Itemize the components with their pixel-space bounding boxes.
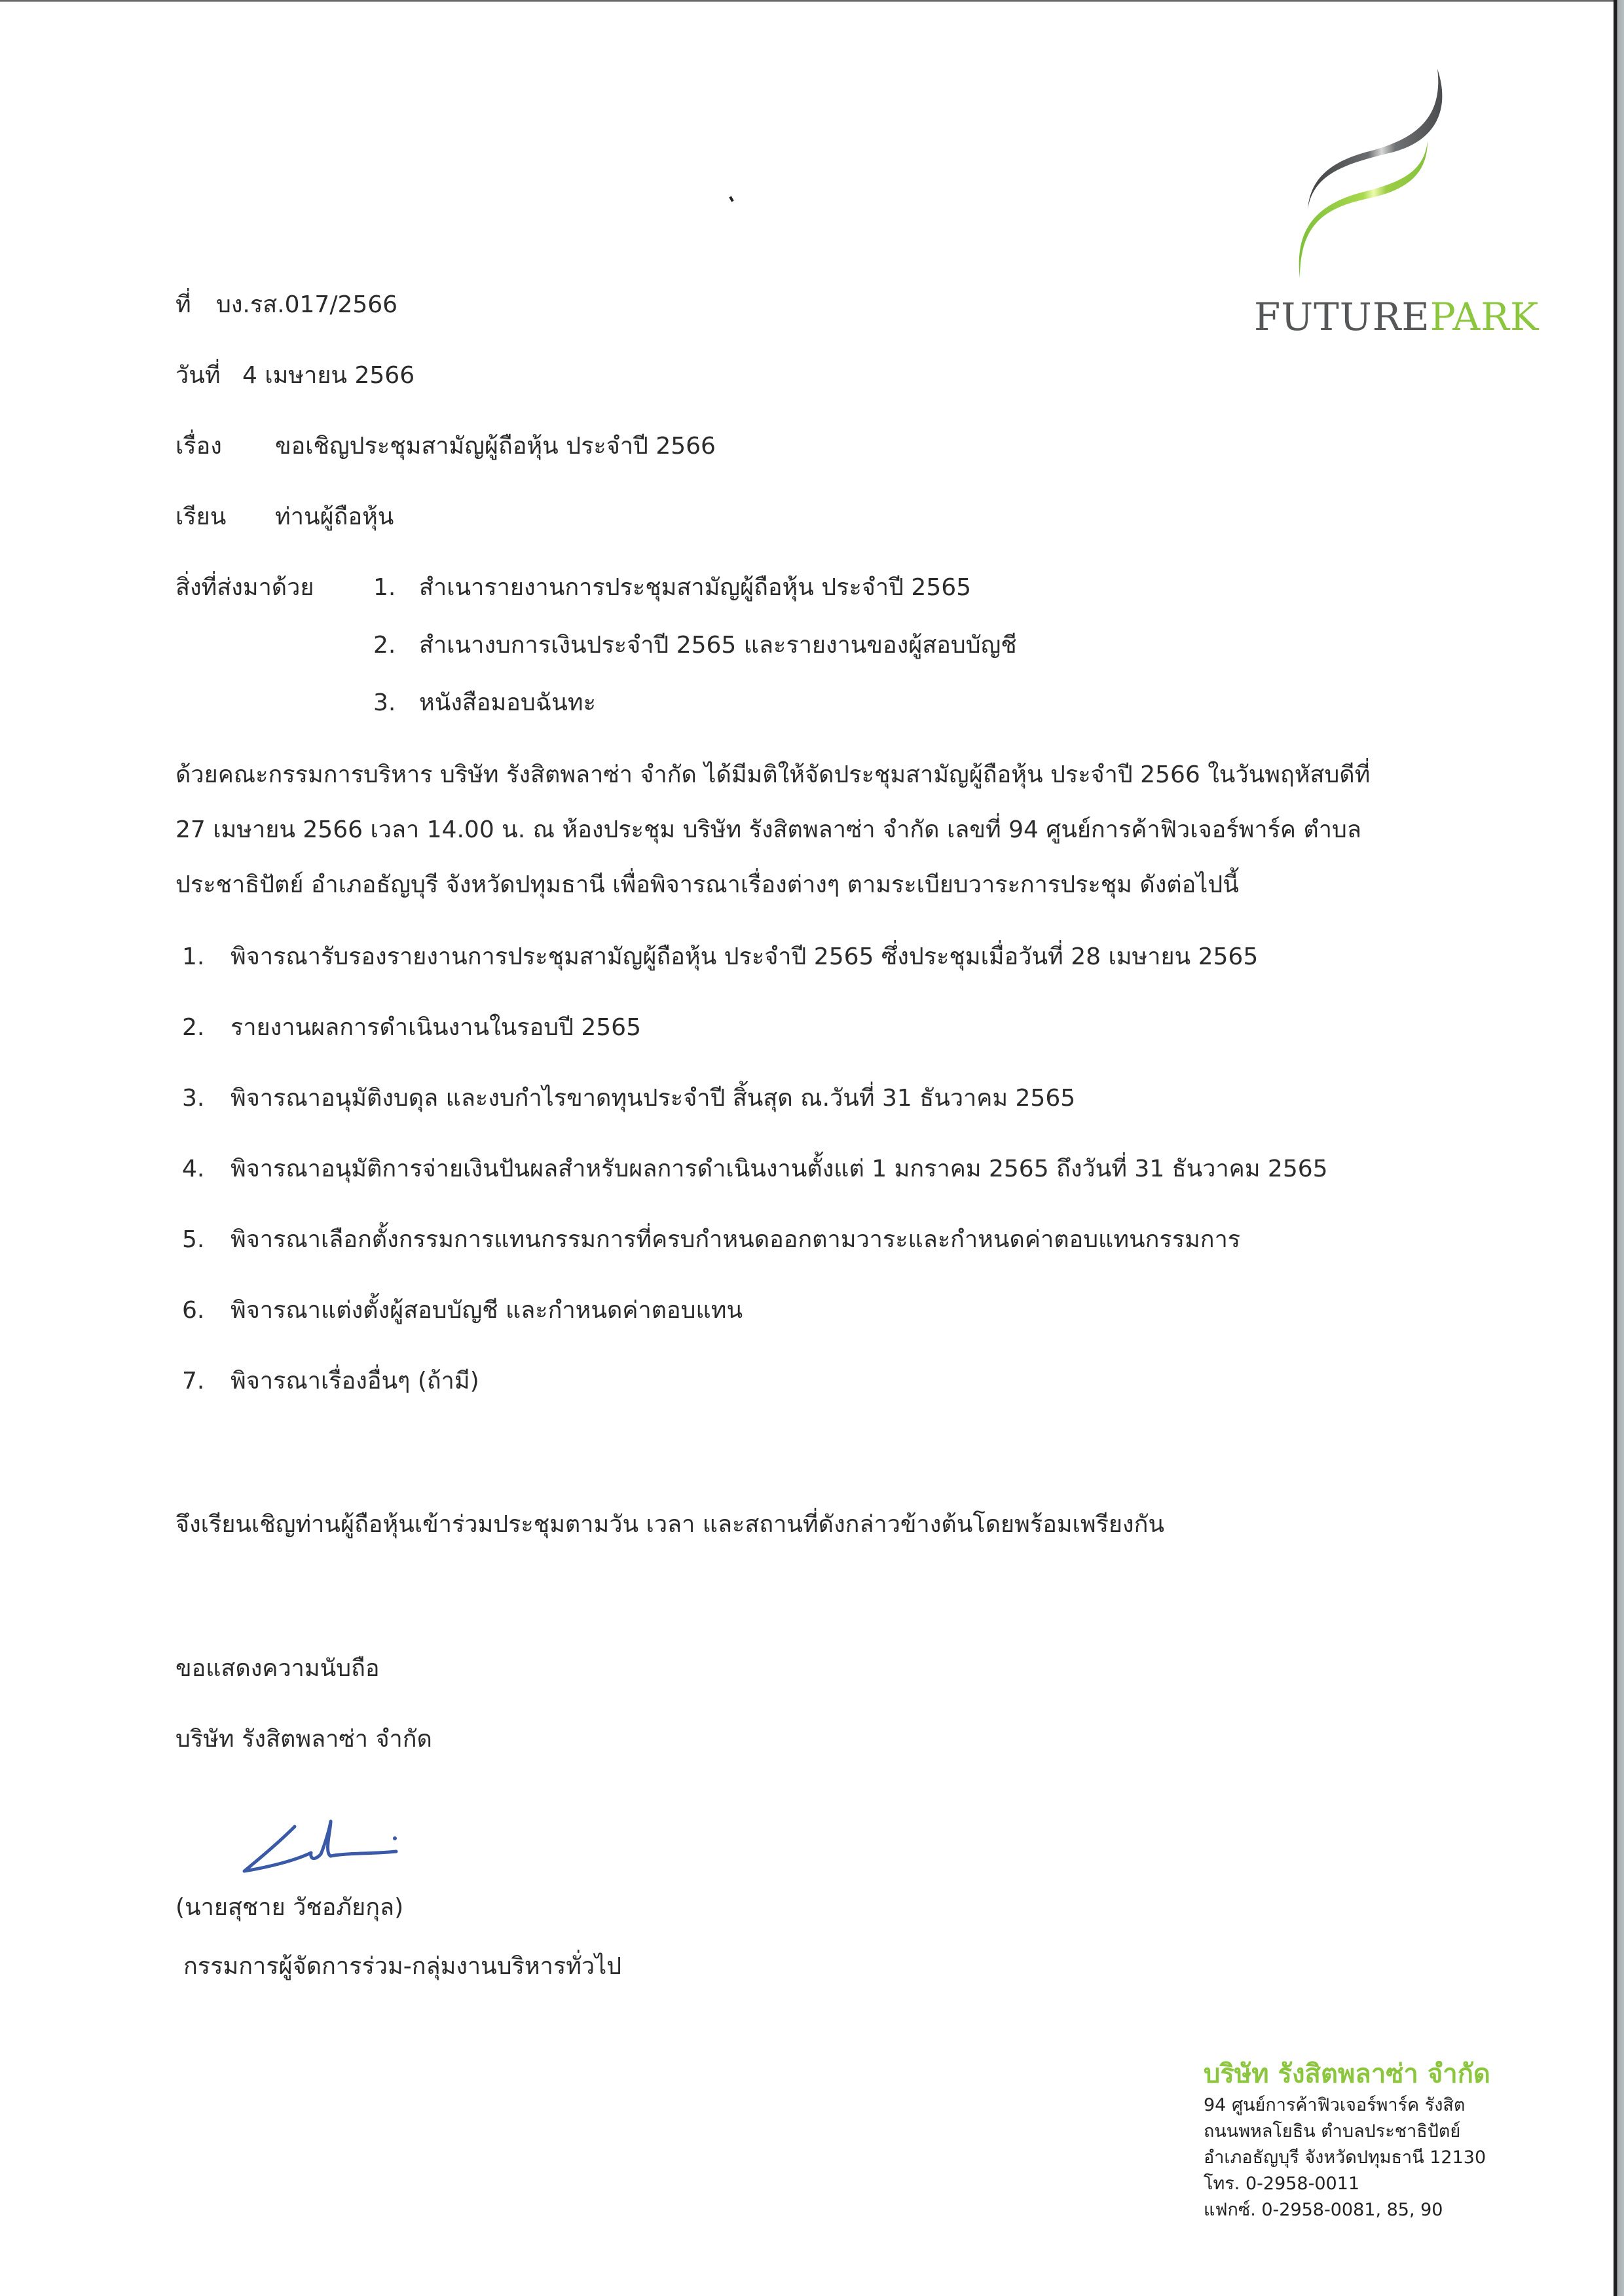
scan-speck bbox=[729, 196, 733, 202]
company-signoff: บริษัท รังสิตพลาซ่า จำกัด bbox=[175, 1724, 432, 1755]
enclosure-number: 3. bbox=[373, 687, 396, 719]
agenda-text: พิจารณาเรื่องอื่นๆ (ถ้ามี) bbox=[231, 1366, 479, 1397]
signer-title: กรรมการผู้จัดการร่วม-กลุ่มงานบริหารทั่วไ… bbox=[183, 1951, 621, 1982]
intro-line-1: ด้วยคณะกรรมการบริหาร บริษัท รังสิตพลาซ่า… bbox=[175, 759, 1370, 791]
scan-right-edge bbox=[1614, 0, 1624, 2296]
intro-line-2: 27 เมษายน 2566 เวลา 14.00 น. ณ ห้องประชุ… bbox=[175, 814, 1361, 846]
regards: ขอแสดงความนับถือ bbox=[175, 1653, 379, 1685]
agenda-text: พิจารณาอนุมัติการจ่ายเงินปันผลสำหรับผลกา… bbox=[231, 1154, 1328, 1185]
handwritten-signature bbox=[232, 1813, 429, 1888]
date-value: 4 เมษายน 2566 bbox=[242, 360, 415, 392]
agenda-number: 3. bbox=[182, 1083, 204, 1114]
agenda-number: 2. bbox=[182, 1012, 204, 1044]
footer-phone: โทร. 0-2958-0011 bbox=[1204, 2171, 1490, 2197]
footer-address-line: ถนนพหลโยธิน ตำบลประชาธิปัตย์ bbox=[1204, 2119, 1490, 2145]
footer-company-name: บริษัท รังสิตพลาซ่า จำกัด bbox=[1204, 2056, 1490, 2092]
enclosure-item: หนังสือมอบฉันทะ bbox=[419, 687, 596, 719]
logo-wordmark: FUTUREPARK bbox=[1254, 295, 1529, 339]
date-label: วันที่ bbox=[175, 360, 221, 392]
enclosures-label: สิ่งที่ส่งมาด้วย bbox=[175, 572, 314, 604]
enclosure-number: 2. bbox=[373, 630, 396, 661]
scan-top-edge bbox=[0, 0, 1614, 2]
agenda-number: 4. bbox=[182, 1154, 204, 1185]
enclosure-number: 1. bbox=[373, 572, 396, 604]
enclosure-item: สำเนางบการเงินประจำปี 2565 และรายงานของผ… bbox=[419, 630, 1017, 661]
footer-address-line: 94 ศูนย์การค้าฟิวเจอร์พาร์ค รังสิต bbox=[1204, 2092, 1490, 2119]
agenda-number: 6. bbox=[182, 1295, 204, 1326]
company-footer: บริษัท รังสิตพลาซ่า จำกัด 94 ศูนย์การค้า… bbox=[1204, 2056, 1490, 2223]
agenda-number: 1. bbox=[182, 941, 204, 973]
agenda-text: พิจารณาอนุมัติงบดุล และงบกำไรขาดทุนประจำ… bbox=[231, 1083, 1075, 1114]
agenda-number: 7. bbox=[182, 1366, 204, 1397]
recipient-label: เรียน bbox=[175, 501, 226, 533]
signature-icon bbox=[232, 1813, 429, 1886]
agenda-text: พิจารณารับรองรายงานการประชุมสามัญผู้ถือห… bbox=[231, 941, 1258, 973]
footer-fax: แฟกซ์. 0-2958-0081, 85, 90 bbox=[1204, 2197, 1490, 2223]
futurepark-logo: FUTUREPARK bbox=[1247, 62, 1529, 344]
footer-address-line: อำเภอธัญบุรี จังหวัดปทุมธานี 12130 bbox=[1204, 2145, 1490, 2171]
reference-number: บง.รส.017/2566 bbox=[216, 289, 397, 321]
reference-label: ที่ bbox=[175, 289, 191, 321]
agenda-text: พิจารณาแต่งตั้งผู้สอบบัญชี และกำหนดค่าตอ… bbox=[231, 1295, 743, 1326]
agenda-number: 5. bbox=[182, 1224, 204, 1256]
recipient-value: ท่านผู้ถือหุ้น bbox=[275, 501, 394, 533]
enclosure-item: สำเนารายงานการประชุมสามัญผู้ถือหุ้น ประจ… bbox=[419, 572, 971, 604]
signer-name: (นายสุชาย วัชอภัยกุล) bbox=[175, 1892, 403, 1923]
subject-value: ขอเชิญประชุมสามัญผู้ถือหุ้น ประจำปี 2566 bbox=[275, 431, 716, 462]
swoosh-logo-icon bbox=[1247, 62, 1529, 291]
intro-line-3: ประชาธิปัตย์ อำเภอธัญบุรี จังหวัดปทุมธาน… bbox=[175, 869, 1239, 901]
agenda-text: รายงานผลการดำเนินงานในรอบปี 2565 bbox=[231, 1012, 641, 1044]
agenda-text: พิจารณาเลือกตั้งกรรมการแทนกรรมการที่ครบก… bbox=[231, 1224, 1240, 1256]
closing-sentence: จึงเรียนเชิญท่านผู้ถือหุ้นเข้าร่วมประชุม… bbox=[175, 1509, 1164, 1540]
subject-label: เรื่อง bbox=[175, 431, 222, 462]
